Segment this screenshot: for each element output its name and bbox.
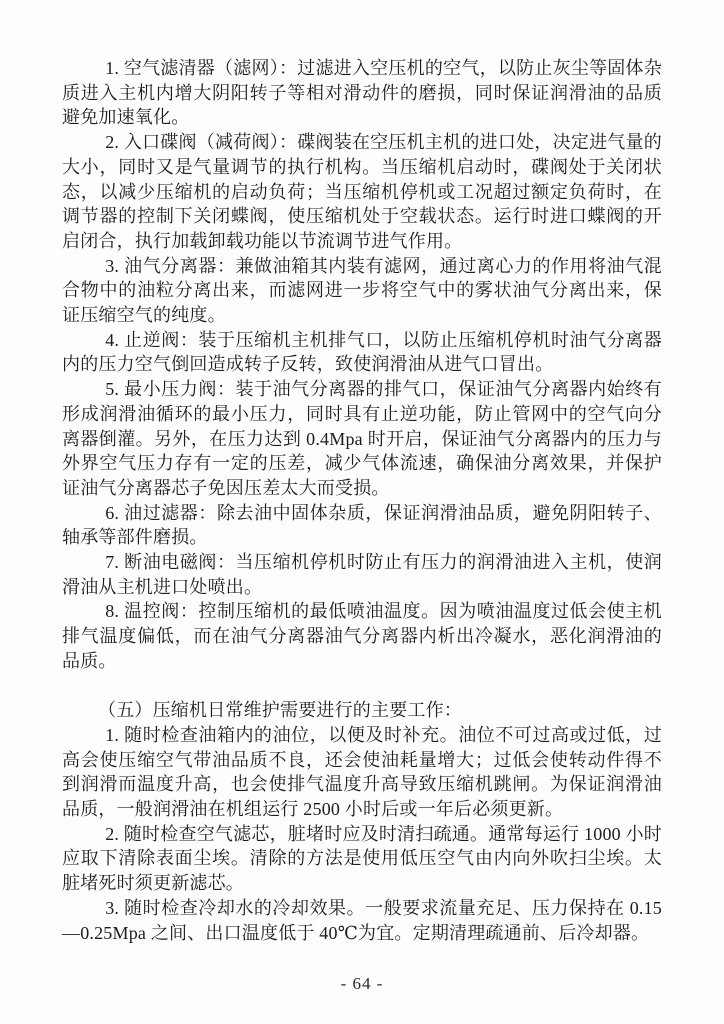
paragraph-check-air-filter-element: 2. 随时检查空气滤芯，脏堵时应及时清扫疏通。通常每运行 1000 小时应取下清… [62,822,662,896]
paragraph-check-cooling-water: 3. 随时检查冷却水的冷却效果。一般要求流量充足、压力保持在 0.15—0.25… [62,896,662,945]
section-heading-daily-maintenance: （五）压缩机日常维护需要进行的主要工作： [62,698,662,723]
paragraph-inlet-disc-valve: 2. 入口碟阀（减荷阀）：碟阀装在空压机主机的进口处，决定进气量的大小，同时又是… [62,130,662,254]
paragraph-check-oil-level: 1. 随时检查油箱内的油位，以便及时补充。油位不可过高或过低，过高会使压缩空气带… [62,723,662,822]
paragraph-oil-cutoff-solenoid-valve: 7. 断油电磁阀：当压缩机停机时防止有压力的润滑油进入主机，使润滑油从主机进口处… [62,550,662,599]
paragraph-oil-filter: 6. 油过滤器：除去油中固体杂质，保证润滑油品质，避免阴阳转子、轴承等部件磨损。 [62,501,662,550]
paragraph-check-valve: 4. 止逆阀：装于压缩机主机排气口，以防止压缩机停机时油气分离器内的压力空气倒回… [62,328,662,377]
paragraph-air-filter: 1. 空气滤清器（滤网）：过滤进入空压机的空气，以防止灰尘等固体杂质进入主机内增… [62,56,662,130]
paragraph-temperature-control-valve: 8. 温控阀：控制压缩机的最低喷油温度。因为喷油温度过低会使主机排气温度偏低，而… [62,599,662,673]
document-body: 1. 空气滤清器（滤网）：过滤进入空压机的空气，以防止灰尘等固体杂质进入主机内增… [62,56,662,945]
document-page: 1. 空气滤清器（滤网）：过滤进入空压机的空气，以防止灰尘等固体杂质进入主机内增… [0,0,724,1024]
paragraph-oil-gas-separator: 3. 油气分离器：兼做油箱其内装有滤网，通过离心力的作用将油气混合物中的油粒分离… [62,254,662,328]
page-number: - 64 - [0,974,724,994]
paragraph-minimum-pressure-valve: 5. 最小压力阀：装于油气分离器的排气口，保证油气分离器内始终有形成润滑油循环的… [62,377,662,501]
